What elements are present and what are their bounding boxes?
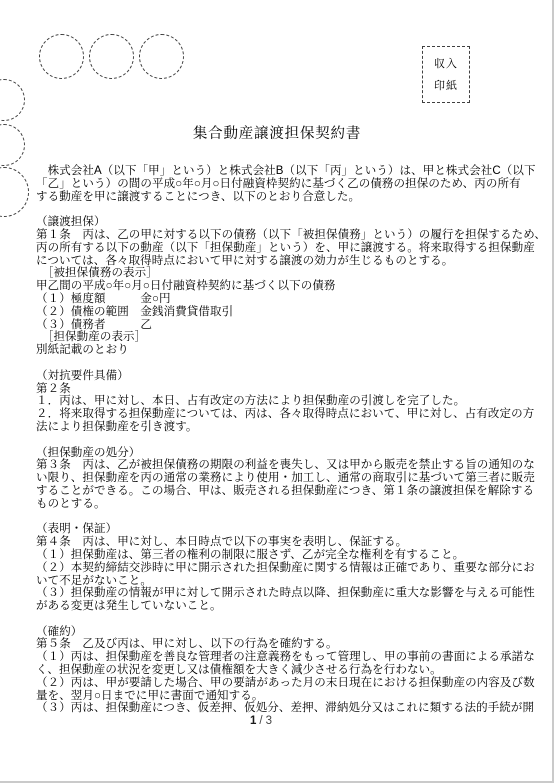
document-line: 甲乙間の平成○年○月○日付融資枠契約に基づく以下の債務 — [36, 280, 536, 293]
document-line — [36, 511, 536, 524]
document-line: 第４条 丙は、甲に対し、本日時点で以下の事実を表明し、保証する。 — [36, 536, 536, 549]
page-number-total: 3 — [266, 715, 272, 727]
document-line: （３）丙は、担保動産につき、仮差押、仮処分、差押、滞納処分又はこれに類する法的手… — [36, 702, 536, 715]
revenue-stamp-box: 収入 印紙 — [422, 46, 470, 103]
document-line: （確約） — [36, 626, 536, 639]
document-line: 株式会社A（以下「甲」という）と株式会社B（以下「丙」という）は、甲と株式会社C… — [36, 165, 536, 178]
binding-seal-placeholder-3 — [0, 167, 29, 217]
document-line: 丙の所有する以下の動産（以下「担保動産」という）を、甲に譲渡する。将来取得する担… — [36, 242, 536, 255]
document-line: （３）担保動産の情報が甲に対して開示された時点以降、担保動産に重大な影響を与える… — [36, 587, 536, 600]
document-line: （３）債務者 乙 — [36, 319, 536, 332]
document-line: いて不足がないこと。 — [36, 575, 536, 588]
seal-placeholder-circle-3 — [139, 34, 184, 79]
document-line: 法により担保動産を引き渡す。 — [36, 421, 536, 434]
document-line: ［担保動産の表示］ — [36, 331, 536, 344]
document-body: 株式会社A（以下「甲」という）と株式会社B（以下「丙」という）は、甲と株式会社C… — [36, 165, 536, 715]
document-line: 量を、翌月○日までに甲に書面で通知する。 — [36, 690, 536, 703]
document-line: （２）本契約締結交渉時に甲に開示された担保動産に関する情報は正確であり、重要な部… — [36, 562, 536, 575]
document-line: （１）極度額 金○円 — [36, 293, 536, 306]
document-line: １．丙は、甲に対し、本日、占有改定の方法により担保動産の引渡しを完了した。 — [36, 395, 536, 408]
document-line — [36, 203, 536, 216]
document-line: （対抗要件具備） — [36, 370, 536, 383]
document-line: ２．将来取得する担保動産については、丙は、各々取得時点において、甲に対し、占有改… — [36, 408, 536, 421]
document-line: （表明・保証） — [36, 523, 536, 536]
binding-seal-placeholder-1 — [0, 79, 25, 121]
seal-placeholder-circle-2 — [89, 34, 134, 79]
seal-placeholder-circle-1 — [39, 34, 84, 79]
document-line: （１）丙は、担保動産を善良な管理者の注意義務をもって管理し、甲の事前の書面による… — [36, 651, 536, 664]
contract-document-page: 収入 印紙 集合動産譲渡担保契約書 株式会社A（以下「甲」という）と株式会社B（… — [0, 0, 554, 783]
document-line: 第１条 丙は、乙の甲に対する以下の債務（以下「被担保債務」という）の履行を担保す… — [36, 229, 536, 242]
document-line: 第３条 丙は、乙が被担保債務の期限の利益を喪失し、又は甲から販売を禁止する旨の通… — [36, 459, 536, 472]
revenue-stamp-label-line2: 印紙 — [423, 75, 469, 97]
document-line: については、各々取得時点において甲に対する譲渡の効力が生じるものとする。 — [36, 255, 536, 268]
document-line — [36, 357, 536, 370]
document-line: する動産を甲に譲渡することにつき、以下のとおり合意した。 — [36, 191, 536, 204]
document-line: （譲渡担保） — [36, 216, 536, 229]
document-line: い限り、担保動産を丙の通常の業務により使用・加工し、通常の商取引に基づいて第三者… — [36, 472, 536, 485]
document-line: 「乙」という）の間の平成○年○月○日付融資枠契約に基づく乙の債務の担保のため、丙… — [36, 178, 536, 191]
document-line — [36, 613, 536, 626]
document-line — [36, 434, 536, 447]
document-line: ものとする。 — [36, 498, 536, 511]
document-title: 集合動産譲渡担保契約書 — [0, 122, 554, 143]
document-line: （２）債権の範囲 金銭消費貸借取引 — [36, 306, 536, 319]
document-line: ［被担保債務の表示］ — [36, 267, 536, 280]
document-line: く、担保動産の状況を変更し又は債権額を大きく減少させる行為を行わない。 — [36, 664, 536, 677]
document-line: 別紙記載のとおり — [36, 344, 536, 357]
document-line: がある変更は発生していないこと。 — [36, 600, 536, 613]
document-line: 第２条 — [36, 383, 536, 396]
page-number: 1/3 — [250, 715, 272, 728]
document-line: 第５条 乙及び丙は、甲に対し、以下の行為を確約する。 — [36, 638, 536, 651]
page-number-separator: / — [259, 715, 262, 727]
revenue-stamp-label-line1: 収入 — [423, 53, 469, 75]
document-line: （担保動産の処分） — [36, 447, 536, 460]
document-line: することができる。この場合、甲は、販売される担保動産につき、第１条の譲渡担保を解… — [36, 485, 536, 498]
page-number-current: 1 — [250, 715, 256, 727]
document-line: （２）丙は、甲が要請した場合、甲の要請があった月の末日現在における担保動産の内容… — [36, 677, 536, 690]
document-line: （１）担保動産は、第三者の権利の制限に服さず、乙が完全な権利を有すること。 — [36, 549, 536, 562]
